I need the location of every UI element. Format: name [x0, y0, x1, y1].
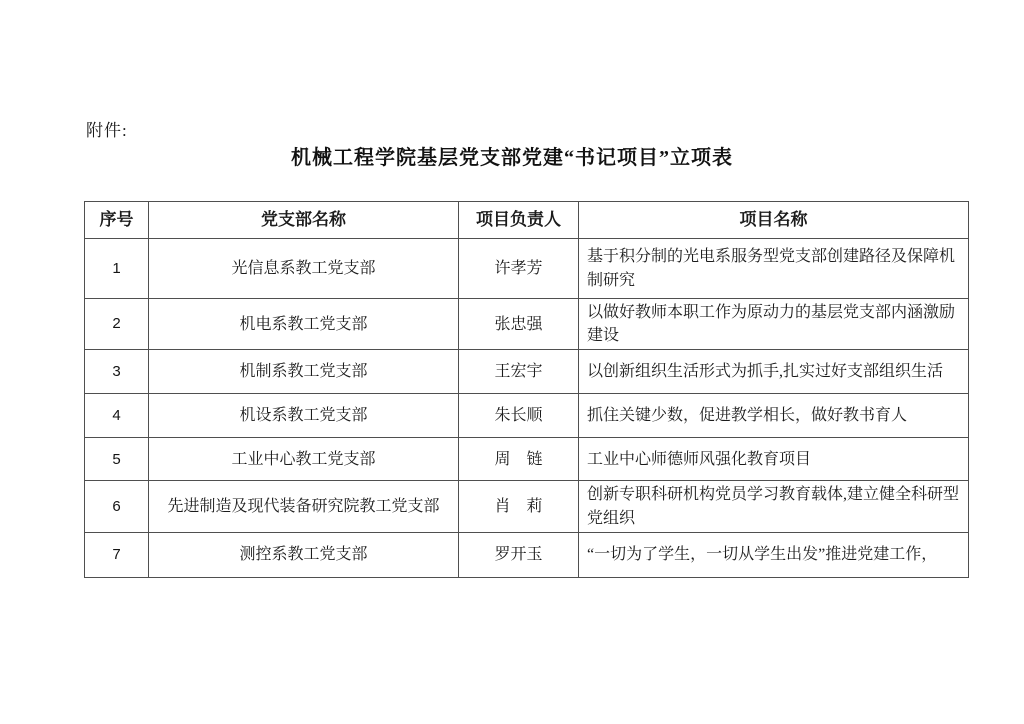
- cell-branch: 先进制造及现代装备研究院教工党支部: [149, 481, 459, 532]
- cell-project: 以做好教师本职工作为原动力的基层党支部内涵激励建设: [579, 299, 969, 350]
- cell-no: 5: [85, 438, 149, 481]
- cell-branch: 机电系教工党支部: [149, 299, 459, 350]
- table-row: 4机设系教工党支部朱长顺抓住关键少数，促进教学相长，做好教书育人: [85, 394, 969, 438]
- cell-project: 工业中心师德师风强化教育项目: [579, 438, 969, 481]
- table-row: 5工业中心教工党支部周 链工业中心师德师风强化教育项目: [85, 438, 969, 481]
- cell-project: “一切为了学生，一切从学生出发”推进党建工作，: [579, 532, 969, 577]
- cell-leader: 张忠强: [459, 299, 579, 350]
- cell-branch: 光信息系教工党支部: [149, 239, 459, 299]
- header-branch: 党支部名称: [149, 202, 459, 239]
- cell-branch: 工业中心教工党支部: [149, 438, 459, 481]
- cell-no: 2: [85, 299, 149, 350]
- table-row: 3机制系教工党支部王宏宇以创新组织生活形式为抓手,扎实过好支部组织生活: [85, 350, 969, 394]
- page-title: 机械工程学院基层党支部党建“书记项目”立项表: [0, 141, 1024, 170]
- table-header-row: 序号 党支部名称 项目负责人 项目名称: [85, 202, 969, 239]
- cell-leader: 肖 莉: [459, 481, 579, 532]
- cell-project: 创新专职科研机构党员学习教育载体,建立健全科研型党组织: [579, 481, 969, 532]
- cell-no: 7: [85, 532, 149, 577]
- table-body: 1光信息系教工党支部许孝芳基于积分制的光电系服务型党支部创建路径及保障机制研究2…: [85, 239, 969, 578]
- cell-branch: 测控系教工党支部: [149, 532, 459, 577]
- cell-branch: 机设系教工党支部: [149, 394, 459, 438]
- header-no: 序号: [85, 202, 149, 239]
- table-row: 1光信息系教工党支部许孝芳基于积分制的光电系服务型党支部创建路径及保障机制研究: [85, 239, 969, 299]
- table-row: 6先进制造及现代装备研究院教工党支部肖 莉创新专职科研机构党员学习教育载体,建立…: [85, 481, 969, 532]
- cell-branch: 机制系教工党支部: [149, 350, 459, 394]
- cell-no: 3: [85, 350, 149, 394]
- attachment-label: 附件:: [86, 116, 128, 141]
- document-page: 附件: 机械工程学院基层党支部党建“书记项目”立项表 序号 党支部名称 项目负责…: [0, 0, 1024, 724]
- cell-no: 4: [85, 394, 149, 438]
- cell-leader: 许孝芳: [459, 239, 579, 299]
- cell-project: 基于积分制的光电系服务型党支部创建路径及保障机制研究: [579, 239, 969, 299]
- cell-no: 6: [85, 481, 149, 532]
- cell-no: 1: [85, 239, 149, 299]
- project-table: 序号 党支部名称 项目负责人 项目名称 1光信息系教工党支部许孝芳基于积分制的光…: [84, 201, 969, 578]
- cell-leader: 王宏宇: [459, 350, 579, 394]
- cell-project: 以创新组织生活形式为抓手,扎实过好支部组织生活: [579, 350, 969, 394]
- cell-leader: 周 链: [459, 438, 579, 481]
- header-leader: 项目负责人: [459, 202, 579, 239]
- table-row: 7测控系教工党支部罗开玉“一切为了学生，一切从学生出发”推进党建工作，: [85, 532, 969, 577]
- header-project: 项目名称: [579, 202, 969, 239]
- table-row: 2机电系教工党支部张忠强以做好教师本职工作为原动力的基层党支部内涵激励建设: [85, 299, 969, 350]
- cell-leader: 罗开玉: [459, 532, 579, 577]
- cell-project: 抓住关键少数，促进教学相长，做好教书育人: [579, 394, 969, 438]
- cell-leader: 朱长顺: [459, 394, 579, 438]
